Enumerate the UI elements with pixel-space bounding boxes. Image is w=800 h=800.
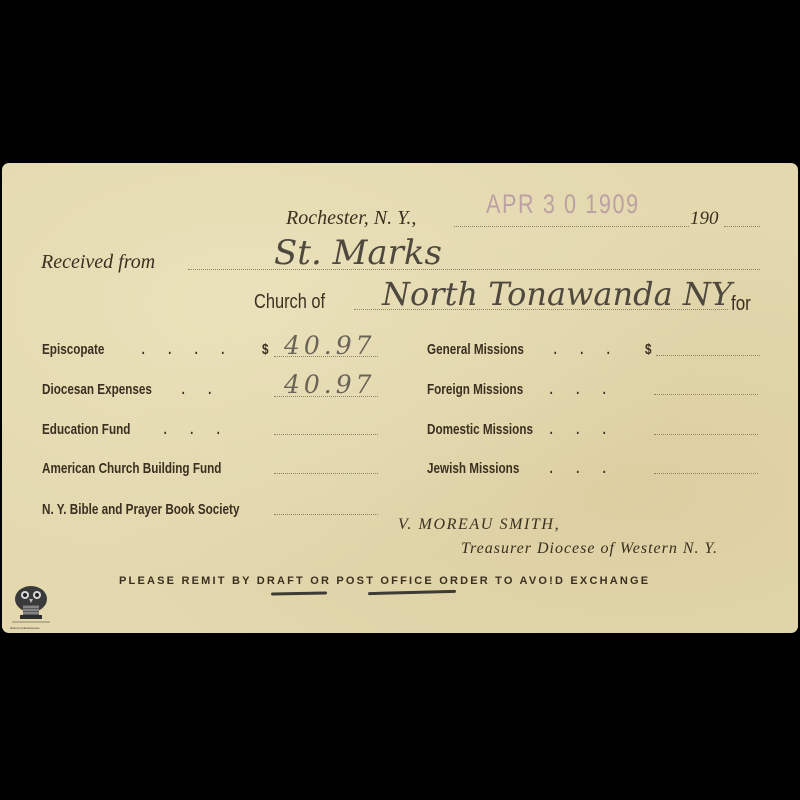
leader-dots: ... (538, 381, 618, 398)
leader-dots: ... (538, 421, 618, 438)
year-line (724, 226, 760, 227)
received-from-label: Received from (41, 251, 155, 274)
receipt-card: Rochester, N. Y., APR 3 0 1909 190 Recei… (2, 163, 798, 633)
fund-label-american-church-building-fund: American Church Building Fund (42, 460, 221, 477)
notice-text: ORDER TO AVO!D EXCHANGE (434, 575, 650, 587)
city-label: Rochester, N. Y., (286, 207, 416, 230)
fund-label-ny-bible-prayer-book-society: N. Y. Bible and Prayer Book Society (42, 501, 239, 518)
fund-value-diocesan-expenses[interactable]: 40.97 (284, 370, 376, 399)
treasurer-name: V. MOREAU SMITH, (398, 516, 560, 534)
post-office-pen-underline (368, 590, 456, 595)
watermark-caption: History Collectiveness (10, 626, 40, 630)
leader-dots: .... (130, 341, 236, 358)
fund-label-general-missions: General Missions (427, 341, 524, 358)
fund-label-jewish-missions: Jewish Missions (427, 460, 519, 477)
church-of-value[interactable]: North Tonawanda NY (382, 275, 732, 313)
fund-label-foreign-missions: Foreign Missions (427, 381, 523, 398)
draft-pen-underline (271, 592, 327, 596)
received-from-value[interactable]: St. Marks (274, 233, 442, 273)
fund-line-education-fund (274, 434, 378, 435)
notice-post-office: POST OFFICE (336, 575, 434, 587)
currency-symbol: $ (645, 341, 652, 358)
notice-text: PLEASE REMIT BY (119, 575, 257, 587)
church-of-label: Church of (254, 291, 325, 314)
treasurer-title: Treasurer Diocese of Western N. Y. (461, 540, 718, 558)
fund-line-american-church-building-fund (274, 473, 378, 474)
fund-line-ny-bible-prayer-book-society (274, 514, 378, 515)
fund-line-jewish-missions (654, 473, 758, 474)
owl-logo-icon (8, 581, 54, 625)
leader-dots: ... (152, 421, 232, 438)
leader-dots: .. (170, 381, 223, 398)
fund-line-domestic-missions (654, 434, 758, 435)
leader-dots: ... (542, 341, 622, 358)
notice-draft: DRAFT (257, 575, 305, 587)
fund-label-episcopate: Episcopate (42, 341, 104, 358)
notice-text: OR (305, 575, 336, 587)
fund-label-domestic-missions: Domestic Missions (427, 421, 533, 438)
fund-label-education-fund: Education Fund (42, 421, 130, 438)
year-prefix: 190 (690, 208, 719, 230)
fund-label-diocesan-expenses: Diocesan Expenses (42, 381, 152, 398)
currency-symbol: $ (262, 341, 269, 358)
leader-dots: ... (538, 460, 618, 477)
remittance-notice: PLEASE REMIT BY DRAFT OR POST OFFICE ORD… (119, 575, 650, 587)
fund-value-episcopate[interactable]: 40.97 (284, 331, 376, 360)
date-line (454, 226, 689, 227)
date-stamp: APR 3 0 1909 (486, 189, 640, 220)
fund-line-foreign-missions (654, 394, 758, 395)
for-label: for (731, 293, 751, 316)
fund-line-general-missions (656, 355, 760, 356)
